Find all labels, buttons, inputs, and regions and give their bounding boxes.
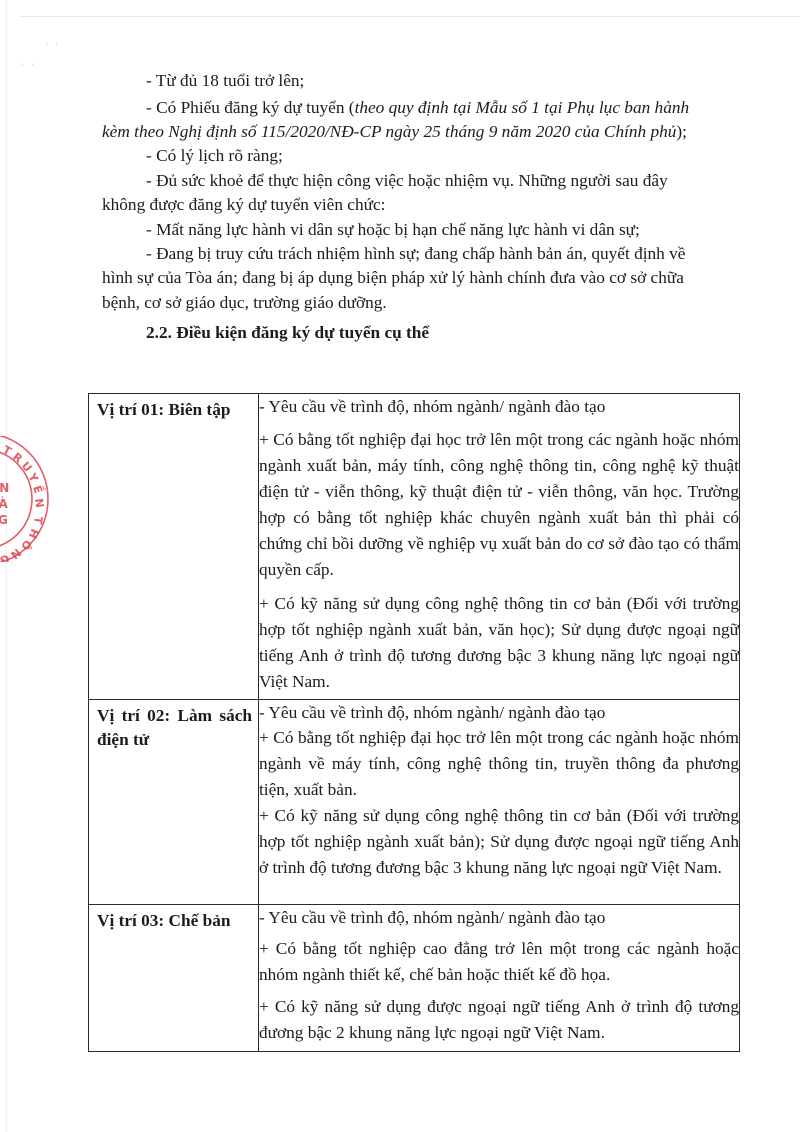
condition-criminal-line3: bệnh, cơ sở giáo dục, trường giáo dưỡng. — [102, 292, 722, 315]
condition-form-line1: - Có Phiếu đăng ký dự tuyển (theo quy đị… — [102, 97, 766, 120]
stamp-inner-text: ẢN — [0, 479, 9, 495]
svg-text:R: R — [10, 450, 25, 466]
scan-specks: · · — [22, 62, 37, 68]
page-edge — [6, 0, 7, 1132]
svg-text:U: U — [19, 459, 35, 474]
official-seal-stamp: T R U Y Ề N T H Ô N G ẢN VÀ NG — [0, 436, 58, 562]
position-title: Vị trí 02: Làm sách điện tử — [89, 700, 258, 752]
condition-age: - Từ đủ 18 tuổi trở lên; — [102, 70, 766, 93]
table-row: Vị trí 01: Biên tập - Yêu cầu về trình đ… — [89, 394, 740, 700]
svg-text:Y: Y — [25, 470, 41, 485]
svg-text:N: N — [32, 498, 46, 509]
requirements-cell: - Yêu cầu về trình độ, nhóm ngành/ ngành… — [259, 394, 740, 700]
position-title: Vị trí 01: Biên tập — [89, 394, 258, 422]
svg-text:Ề: Ề — [30, 484, 46, 495]
condition-criminal-line2: hình sự của Tòa án; đang bị áp dụng biện… — [102, 267, 722, 290]
degree-requirement: + Có bằng tốt nghiệp cao đẳng trở lên mộ… — [259, 936, 739, 988]
position-cell: Vị trí 01: Biên tập — [89, 394, 259, 700]
degree-requirement: + Có bằng tốt nghiệp đại học trở lên một… — [259, 725, 739, 803]
table-row: Vị trí 03: Chế bản - Yêu cầu về trình độ… — [89, 905, 740, 1052]
position-title: Vị trí 03: Chế bản — [89, 905, 258, 933]
skills-requirement: + Có kỹ năng sử dụng được ngoại ngữ tiến… — [259, 994, 739, 1046]
condition-capacity: - Mất năng lực hành vi dân sự hoặc bị hạ… — [102, 219, 766, 242]
svg-text:Ô: Ô — [18, 537, 34, 552]
position-cell: Vị trí 03: Chế bản — [89, 905, 259, 1052]
condition-form-line2: kèm theo Nghị định số 115/2020/NĐ-CP ngà… — [102, 121, 722, 144]
requirements-cell: - Yêu cầu về trình độ, nhóm ngành/ ngành… — [259, 905, 740, 1052]
degree-requirement: + Có bằng tốt nghiệp đại học trở lên một… — [259, 427, 739, 583]
position-cell: Vị trí 02: Làm sách điện tử — [89, 700, 259, 905]
condition-health-line2: không được đăng ký dự tuyển viên chức: — [102, 194, 722, 217]
requirement-header: - Yêu cầu về trình độ, nhóm ngành/ ngành… — [259, 700, 739, 725]
stamp-ring-text: T — [1, 443, 14, 458]
skills-requirement: + Có kỹ năng sử dụng công nghệ thông tin… — [259, 803, 739, 881]
svg-text:H: H — [26, 527, 42, 540]
scan-top-edge — [20, 16, 800, 17]
svg-text:N: N — [8, 546, 23, 562]
condition-health-line1: - Đủ sức khoẻ để thực hiện công việc hoặ… — [102, 170, 766, 193]
svg-text:VÀ: VÀ — [0, 496, 8, 511]
skills-requirement: + Có kỹ năng sử dụng công nghệ thông tin… — [259, 591, 739, 695]
table-row: Vị trí 02: Làm sách điện tử - Yêu cầu về… — [89, 700, 740, 905]
scan-specks: · · — [46, 42, 61, 48]
condition-background: - Có lý lịch rõ ràng; — [102, 145, 766, 168]
svg-text:T: T — [31, 516, 45, 526]
section-heading: 2.2. Điều kiện đăng ký dự tuyển cụ thể — [102, 322, 766, 345]
requirement-header: - Yêu cầu về trình độ, nhóm ngành/ ngành… — [259, 394, 739, 419]
condition-criminal-line1: - Đang bị truy cứu trách nhiệm hình sự; … — [102, 243, 766, 266]
requirements-table: Vị trí 01: Biên tập - Yêu cầu về trình đ… — [88, 393, 740, 1052]
requirements-cell: - Yêu cầu về trình độ, nhóm ngành/ ngành… — [259, 700, 740, 905]
requirement-header: - Yêu cầu về trình độ, nhóm ngành/ ngành… — [259, 905, 739, 930]
